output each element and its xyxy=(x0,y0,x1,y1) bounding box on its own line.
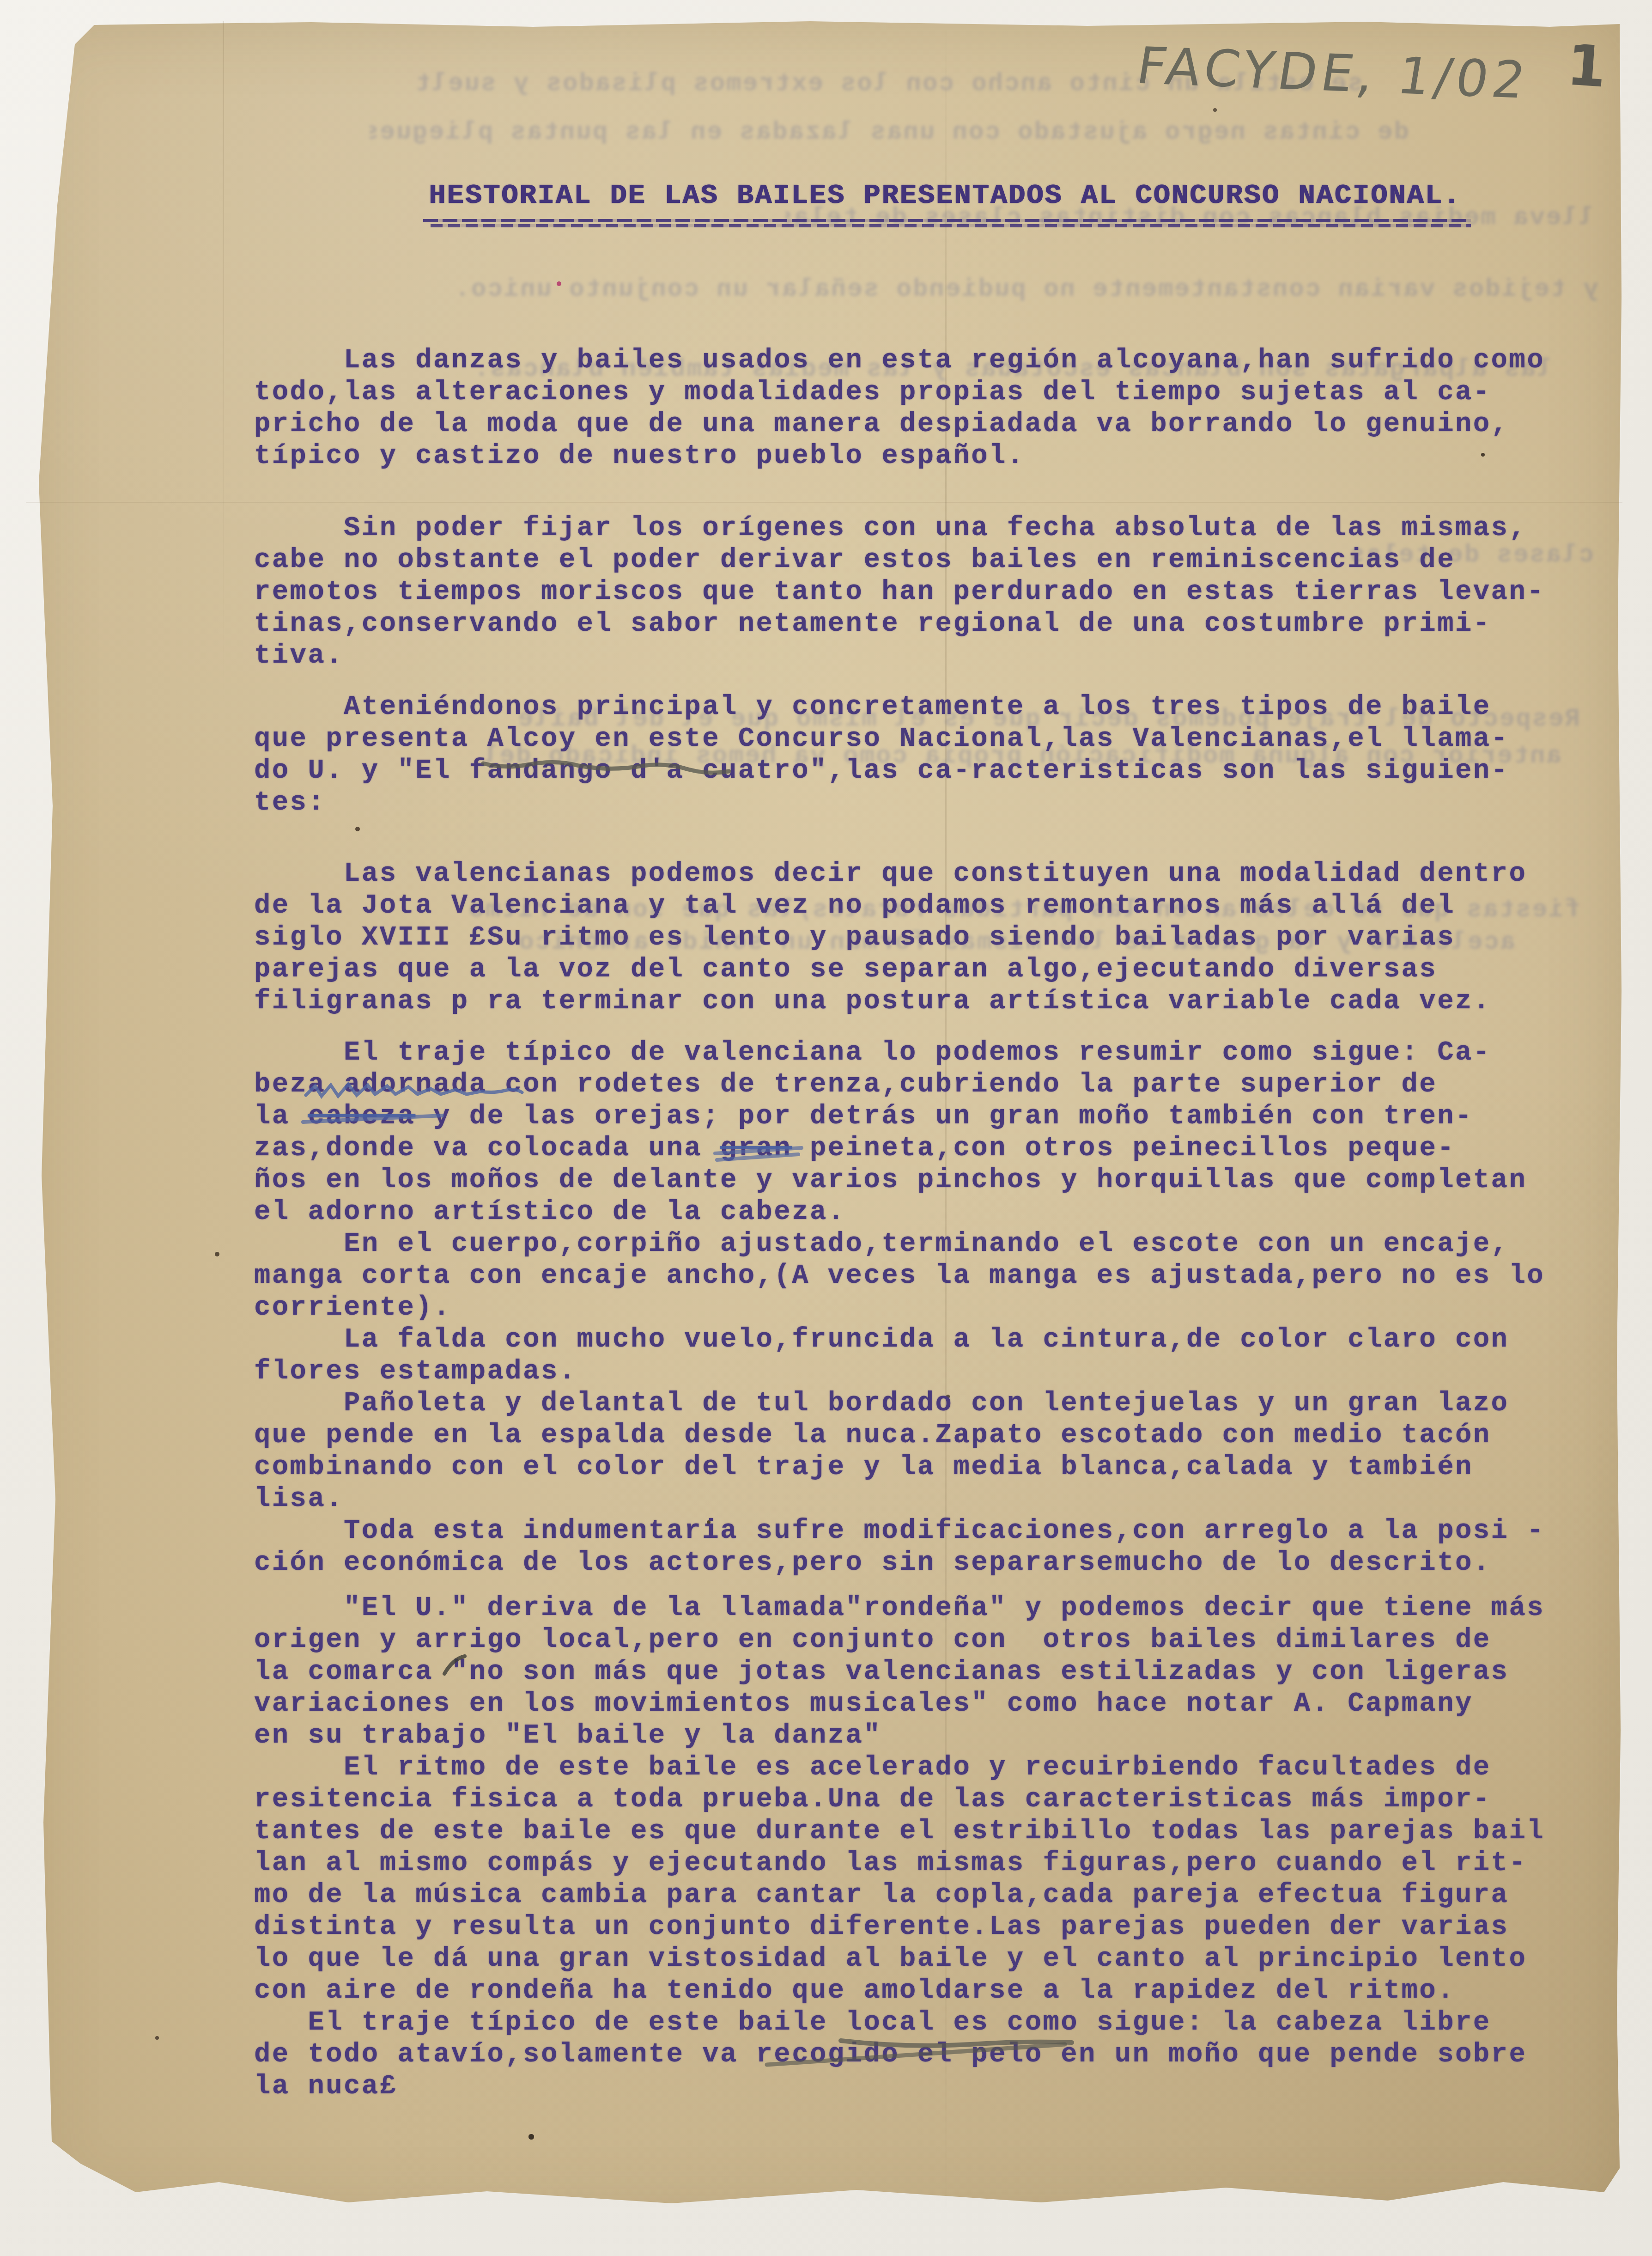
typed-text: manga corta con encaje ancho,(A veces la… xyxy=(254,1260,1545,1291)
typed-line: que pende en la espalda desde la nuca.Za… xyxy=(254,1419,1631,1451)
typed-line: En el cuerpo,corpiño ajustado,terminando… xyxy=(254,1228,1631,1260)
typed-line: tantes de este baile es que durante el e… xyxy=(254,1815,1631,1847)
typed-text: combinando con el color del traje y la m… xyxy=(254,1451,1473,1482)
paragraph: El traje típico de valenciana lo podemos… xyxy=(254,1037,1631,1228)
typed-text: la xyxy=(254,1101,308,1132)
typed-text: tantes de este baile es que durante el e… xyxy=(254,1816,1545,1847)
typed-line: pricho de la moda que de una manera desp… xyxy=(254,408,1631,440)
typed-text: La falda con mucho vuelo,fruncida a la c… xyxy=(254,1324,1509,1355)
paragraph: Toda esta indumentaria sufre modificacio… xyxy=(254,1515,1631,1579)
typed-line: cabe no obstante el poder derivar estos … xyxy=(254,544,1631,576)
typed-line: resitencia fisica a toda prueba.Una de l… xyxy=(254,1783,1631,1815)
title-underline xyxy=(423,219,1471,227)
typed-text: En el cuerpo,corpiño ajustado,terminando… xyxy=(254,1228,1509,1259)
typed-line: siglo XVIII £Su ritmo es lento y pausado… xyxy=(254,921,1631,953)
typed-line: la cabeza y de las orejas; por detrás un… xyxy=(254,1100,1631,1132)
typed-text: en su trabajo "El baile y la danza" xyxy=(254,1720,881,1751)
typed-text: es como sigue: la cabeza libre xyxy=(935,2007,1491,2038)
typed-text: do U. y "El fandango d'a cuatro",las ca-… xyxy=(254,755,1509,786)
typed-line: tinas,conservando el sabor netamente reg… xyxy=(254,608,1631,640)
typed-line: con aire de rondeña ha tenido que amolda… xyxy=(254,1975,1631,2006)
typed-text: lo que le dá una gran vistosidad al bail… xyxy=(254,1943,1527,1974)
paragraph: Sin poder fijar los orígenes con una fec… xyxy=(254,512,1631,671)
typed-line: manga corta con encaje ancho,(A veces la… xyxy=(254,1260,1631,1292)
typed-text: beza adornada con rodetes de trenza,cubr… xyxy=(254,1069,1437,1100)
typed-text: que pende en la espalda desde la nuca.Za… xyxy=(254,1420,1491,1451)
paragraph: Las valencianas podemos decir que consti… xyxy=(254,858,1631,1017)
typed-text: todo,las alteraciones y modalidades prop… xyxy=(254,377,1491,408)
underlined-word-alcoy: Alcoy xyxy=(487,723,577,754)
typed-text: Sin poder fijar los orígenes con una fec… xyxy=(254,512,1527,543)
typed-line: flores estampadas. xyxy=(254,1355,1631,1387)
typed-text: filigranas p ra terminar con una postura… xyxy=(254,986,1491,1017)
paragraph: El ritmo de este baile es acelerado y re… xyxy=(254,1751,1631,2006)
typed-line: tes: xyxy=(254,787,1631,818)
typed-line: Las danzas y bailes usados en esta regió… xyxy=(254,344,1631,376)
typed-text: "El U." deriva de la llamada"rondeña" y … xyxy=(254,1592,1545,1623)
typed-text: pricho de la moda que de una manera desp… xyxy=(254,409,1509,439)
typed-line: lisa. xyxy=(254,1483,1631,1515)
typed-text: ción económica de los actores,pero sin s… xyxy=(254,1547,1491,1578)
typed-text: parejas que a la voz del canto se separa… xyxy=(254,954,1437,985)
paragraph: Las danzas y bailes usados en esta regió… xyxy=(254,344,1631,472)
typed-text: Las valencianas podemos decir que consti… xyxy=(254,858,1527,889)
typed-text: distinta y resulta un conjunto diferente… xyxy=(254,1911,1509,1942)
typed-line: corriente). xyxy=(254,1292,1631,1323)
typed-text: resitencia fisica a toda prueba.Una de l… xyxy=(254,1784,1491,1815)
typed-text: Pañoleta y delantal de tul bordado con l… xyxy=(254,1388,1509,1419)
typed-text: tinas,conservando el sabor netamente reg… xyxy=(254,608,1491,639)
underlined-word-local: local xyxy=(846,2007,935,2038)
typed-text: con aire de rondeña ha tenido que amolda… xyxy=(254,1975,1455,2006)
typed-text: remotos tiempos moriscos que tanto han p… xyxy=(254,576,1545,607)
typed-text: peineta,con otros peinecillos peque- xyxy=(792,1133,1455,1164)
typed-line: parejas que a la voz del canto se separa… xyxy=(254,953,1631,985)
typed-text: variaciones en los movimientos musicales… xyxy=(254,1688,1473,1719)
paragraph: Ateniéndonos principal y concretamente a… xyxy=(254,691,1631,818)
typed-text: ños en los moños de delante y varios pin… xyxy=(254,1165,1527,1195)
document-title: HESTORIAL DE LAS BAILES PRESENTADOS AL C… xyxy=(429,179,1461,213)
typed-line: do U. y "El fandango d'a cuatro",las ca-… xyxy=(254,755,1631,787)
struck-word-cabeza: cabeza xyxy=(308,1101,415,1132)
typed-text: mo de la música cambia para cantar la co… xyxy=(254,1879,1509,1910)
typed-line: origen y arrigo local,pero en conjunto c… xyxy=(254,1624,1631,1656)
typed-text: de todo atavío,solamente va recogido el … xyxy=(254,2039,1527,2070)
typed-line: combinando con el color del traje y la m… xyxy=(254,1451,1631,1483)
typed-text: El traje típico de valenciana lo podemos… xyxy=(254,1037,1491,1068)
typed-line: que presenta Alcoy en este Concurso Naci… xyxy=(254,723,1631,755)
paragraph: La falda con mucho vuelo,fruncida a la c… xyxy=(254,1323,1631,1387)
handwritten-page-number: 1 xyxy=(1565,35,1609,98)
typed-line: Ateniéndonos principal y concretamente a… xyxy=(254,691,1631,723)
typed-text: lisa. xyxy=(254,1483,344,1514)
typed-line: Sin poder fijar los orígenes con una fec… xyxy=(254,512,1631,544)
typed-text: en este Concurso Nacional,las Valenciana… xyxy=(577,723,1509,754)
paragraph: "El U." deriva de la llamada"rondeña" y … xyxy=(254,1592,1631,1751)
typed-line: en su trabajo "El baile y la danza" xyxy=(254,1719,1631,1751)
paragraph: El traje típico de este baile local es c… xyxy=(254,2006,1631,2102)
typed-text: cabe no obstante el poder derivar estos … xyxy=(254,544,1455,575)
typed-line: la comarca "no son más que jotas valenci… xyxy=(254,1656,1631,1688)
typed-text: El ritmo de este baile es acelerado y re… xyxy=(254,1752,1491,1783)
typed-text: Ateniéndonos principal y concretamente a… xyxy=(254,691,1491,722)
typed-line: tiva. xyxy=(254,640,1631,671)
typed-line: filigranas p ra terminar con una postura… xyxy=(254,985,1631,1017)
typed-line: lan al mismo compás y ejecutando las mis… xyxy=(254,1847,1631,1879)
typed-text: la comarca "no son más que jotas valenci… xyxy=(254,1656,1509,1687)
typed-text: El traje típico de este baile xyxy=(254,2007,846,2038)
typed-line: lo que le dá una gran vistosidad al bail… xyxy=(254,1943,1631,1975)
typed-line: ción económica de los actores,pero sin s… xyxy=(254,1547,1631,1579)
typed-line: mo de la música cambia para cantar la co… xyxy=(254,1879,1631,1911)
typed-text: Las danzas y bailes usados en esta regió… xyxy=(254,345,1545,376)
typed-text: de la Jota Valenciana y tal vez no podam… xyxy=(254,890,1455,921)
typed-text: zas,donde va colocada una xyxy=(254,1133,720,1164)
typed-line: de la Jota Valenciana y tal vez no podam… xyxy=(254,890,1631,921)
paragraph: En el cuerpo,corpiño ajustado,terminando… xyxy=(254,1228,1631,1323)
typed-text: siglo XVIII £Su ritmo es lento y pausado… xyxy=(254,922,1455,953)
typewritten-text-layer: HESTORIAL DE LAS BAILES PRESENTADOS AL C… xyxy=(0,0,1652,2256)
typed-line: Pañoleta y delantal de tul bordado con l… xyxy=(254,1387,1631,1419)
typed-line: El ritmo de este baile es acelerado y re… xyxy=(254,1751,1631,1783)
typed-line: El traje típico de este baile local es c… xyxy=(254,2006,1631,2038)
typed-text: flores estampadas. xyxy=(254,1356,577,1387)
typed-line: típico y castizo de nuestro pueblo españ… xyxy=(254,440,1631,472)
typed-text: corriente). xyxy=(254,1292,451,1323)
typed-text: lan al mismo compás y ejecutando las mis… xyxy=(254,1847,1527,1878)
typed-line: variaciones en los movimientos musicales… xyxy=(254,1688,1631,1719)
struck-word-gran: gran xyxy=(720,1133,792,1164)
paragraph: Pañoleta y delantal de tul bordado con l… xyxy=(254,1387,1631,1515)
typed-line: ños en los moños de delante y varios pin… xyxy=(254,1164,1631,1196)
typed-text: el adorno artístico de la cabeza. xyxy=(254,1196,846,1227)
typed-line: La falda con mucho vuelo,fruncida a la c… xyxy=(254,1323,1631,1355)
typed-line: El traje típico de valenciana lo podemos… xyxy=(254,1037,1631,1068)
typed-line: Las valencianas podemos decir que consti… xyxy=(254,858,1631,890)
typed-text: típico y castizo de nuestro pueblo españ… xyxy=(254,440,1025,471)
typed-text: la nuca£ xyxy=(254,2071,397,2102)
typed-line: zas,donde va colocada una gran peineta,c… xyxy=(254,1132,1631,1164)
typed-line: la nuca£ xyxy=(254,2070,1631,2102)
typed-text: origen y arrigo local,pero en conjunto c… xyxy=(254,1624,1491,1655)
typed-line: distinta y resulta un conjunto diferente… xyxy=(254,1911,1631,1943)
typed-text: tiva. xyxy=(254,640,344,671)
typed-line: de todo atavío,solamente va recogido el … xyxy=(254,2038,1631,2070)
typed-line: remotos tiempos moriscos que tanto han p… xyxy=(254,576,1631,608)
typed-text: y de las orejas; por detrás un gran moño… xyxy=(415,1101,1473,1132)
typed-line: beza adornada con rodetes de trenza,cubr… xyxy=(254,1068,1631,1100)
typed-line: el adorno artístico de la cabeza. xyxy=(254,1196,1631,1228)
typed-text: Toda esta indumentaria sufre modificacio… xyxy=(254,1515,1545,1546)
typed-line: Toda esta indumentaria sufre modificacio… xyxy=(254,1515,1631,1547)
typed-text: tes: xyxy=(254,787,326,818)
typed-line: "El U." deriva de la llamada"rondeña" y … xyxy=(254,1592,1631,1624)
typed-text: que presenta xyxy=(254,723,487,754)
typed-line: todo,las alteraciones y modalidades prop… xyxy=(254,376,1631,408)
